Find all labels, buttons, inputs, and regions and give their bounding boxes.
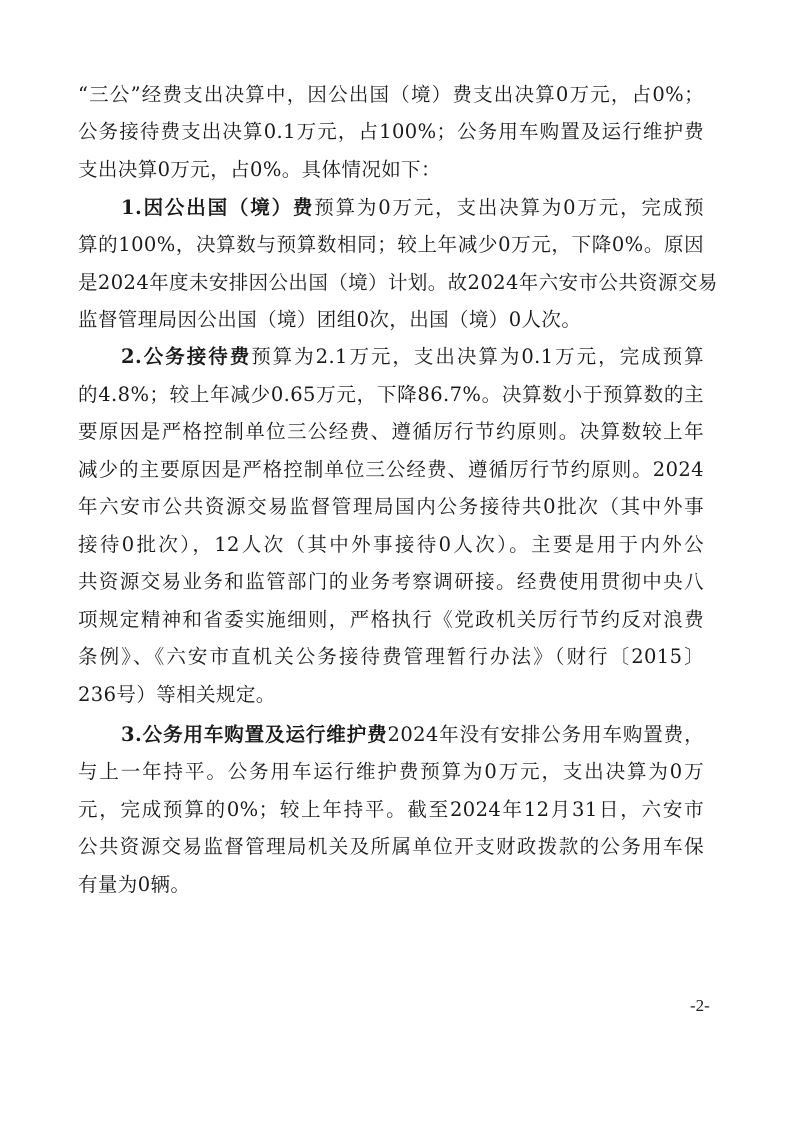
section3-line-4: 公共资源交易监督管理局机关及所属单位开支财政拨款的公务用车保 <box>78 832 704 862</box>
section2-line-9: 条例》、《六安市直机关公务接待费管理暂行办法》（财行〔2015〕 <box>78 642 704 672</box>
section3-first-line-text: 2024年没有安排公务用车购置费， <box>388 723 704 746</box>
section2-first-line: 2.公务接待费预算为2.1万元，支出决算为0.1万元，完成预算 <box>121 342 704 372</box>
section1-line-4: 监督管理局因公出国（境）团组0次，出国（境）0人次。 <box>78 305 704 335</box>
section2-line-7: 共资源交易业务和监管部门的业务考察调研接。经费使用贯彻中央八 <box>78 567 704 597</box>
section3-heading: 3.公务用车购置及运行维护费 <box>121 723 388 746</box>
intro-line-1: “三公”经费支出决算中，因公出国（境）费支出决算0万元，占0%； <box>78 80 704 110</box>
section2-line-4: 减少的主要原因是严格控制单位三公经费、遵循厉行节约原则。2024 <box>78 455 704 485</box>
section2-line-8: 项规定精神和省委实施细则，严格执行《党政机关厉行节约反对浪费 <box>78 605 704 635</box>
section1-heading: 1.因公出国（境）费 <box>121 196 314 219</box>
section3-line-2: 与上一年持平。公务用车运行维护费预算为0万元，支出决算为0万 <box>78 757 704 787</box>
section3-first-line: 3.公务用车购置及运行维护费2024年没有安排公务用车购置费， <box>121 720 704 750</box>
section2-line-10: 236号）等相关规定。 <box>78 680 704 710</box>
section1-first-line: 1.因公出国（境）费预算为0万元，支出决算为0万元，完成预 <box>121 193 704 223</box>
section1-first-line-text: 预算为0万元，支出决算为0万元，完成预 <box>314 196 704 219</box>
section3-line-3: 元，完成预算的0%；较上年持平。截至2024年12月31日，六安市 <box>78 795 704 825</box>
section2-line-3: 要原因是严格控制单位三公经费、遵循厉行节约原则。决算数较上年 <box>78 417 704 447</box>
section2-line-6: 接待0批次），12人次（其中外事接待0人次）。主要是用于内外公 <box>78 530 704 560</box>
section2-line-5: 年六安市公共资源交易监督管理局国内公务接待共0批次（其中外事 <box>78 492 704 522</box>
page-number: -2- <box>690 994 710 1018</box>
section1-line-3: 是2024年度未安排因公出国（境）计划。故2024年六安市公共资源交易 <box>78 268 704 298</box>
section3-line-5: 有量为0辆。 <box>78 870 704 900</box>
section2-heading: 2.公务接待费 <box>121 345 251 368</box>
section2-line-2: 的4.8%；较上年减少0.65万元，下降86.7%。决算数小于预算数的主 <box>78 380 704 410</box>
intro-line-3: 支出决算0万元，占0%。具体情况如下： <box>78 155 704 185</box>
intro-line-2: 公务接待费支出决算0.1万元，占100%；公务用车购置及运行维护费 <box>78 117 704 147</box>
section1-line-2: 算的100%，决算数与预算数相同；较上年减少0万元，下降0%。原因 <box>78 230 704 260</box>
section2-first-line-text: 预算为2.1万元，支出决算为0.1万元，完成预算 <box>251 345 704 368</box>
document-page: “三公”经费支出决算中，因公出国（境）费支出决算0万元，占0%； 公务接待费支出… <box>0 0 793 1122</box>
